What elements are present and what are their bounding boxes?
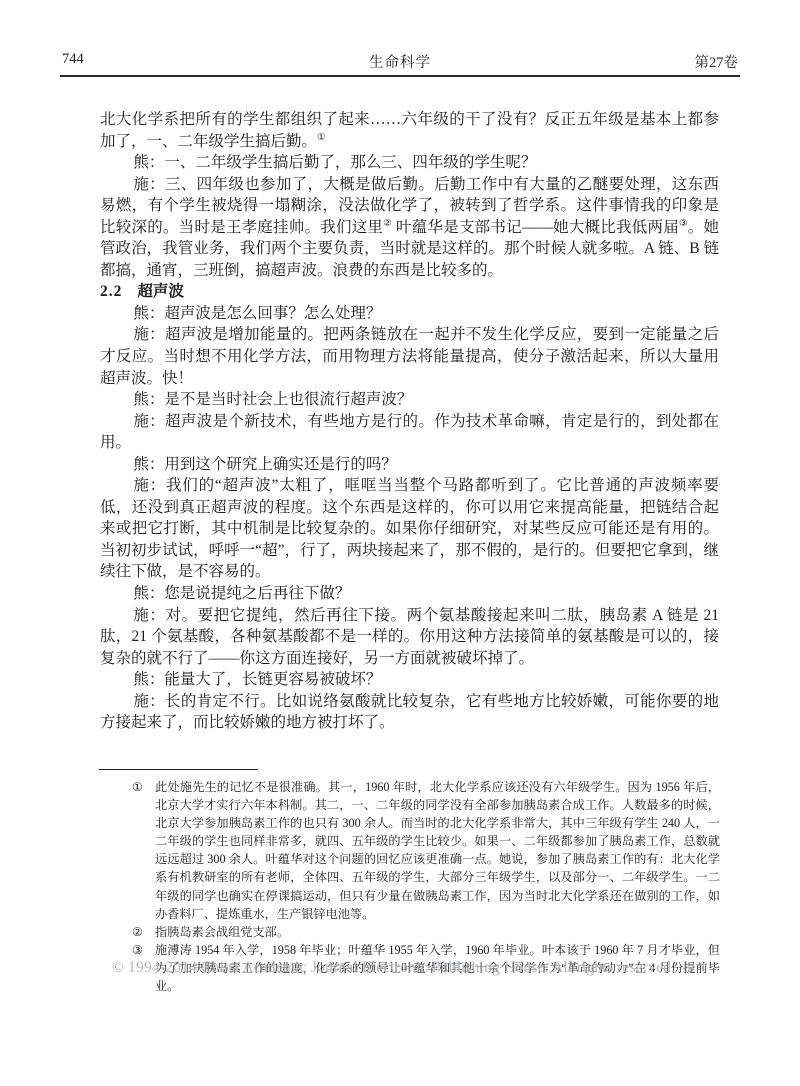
section-heading: 2.2超声波 — [100, 281, 719, 303]
footnote-ref: ③ — [679, 219, 688, 229]
dialog-paragraph: 熊：您是说提纯之后再往下做？ — [100, 583, 719, 605]
dialog-paragraph: 施：超声波是增加能量的。把两条链放在一起并不发生化学反应，要到一定能量之后才反应… — [100, 324, 719, 389]
header-rule — [60, 75, 740, 77]
body-paragraph: 北大化学系把所有的学生都组织了起来……六年级的干了没有？反正五年级是基本上都参加… — [100, 109, 719, 152]
copyright-watermark: © 1994-2014 China Academic Journal Elect… — [112, 959, 675, 977]
footnote-ref: ② — [383, 219, 392, 229]
dialog-paragraph: 施：对。要把它提纯，然后再往下接。两个氨基酸接起来叫二肽，胰岛素 A 链是 21… — [100, 605, 719, 670]
footnote-separator — [99, 769, 258, 770]
dialog-paragraph: 施：超声波是个新技术，有些地方是行的。作为技术革命嘛，肯定是行的，到处都在用。 — [100, 411, 719, 454]
dialog-paragraph: 熊：能量大了，长链更容易被破坏？ — [100, 669, 719, 691]
page-number: 744 — [62, 51, 84, 68]
footnote-text: 此处施先生的记忆不是很准确。其一，1960 年时，北大化学系应该还没有六年级学生… — [155, 780, 720, 921]
footnote-marker: ① — [132, 778, 143, 796]
footnote-ref: ① — [317, 133, 326, 143]
volume-number: 第27卷 — [695, 51, 739, 72]
section-title: 超声波 — [137, 283, 184, 300]
running-head: 744 生命科学 第27卷 — [62, 51, 738, 71]
section-number: 2.2 — [100, 283, 122, 300]
dialog-paragraph: 熊：一、二年级学生搞后勤了，那么三、四年级的学生呢？ — [100, 152, 719, 174]
dialog-paragraph: 熊：超声波是怎么回事？怎么处理？ — [100, 303, 719, 325]
dialog-paragraph: 施：我们的“超声波”太粗了，哐哐当当整个马路都听到了。它比普通的声波频率要低，还… — [100, 475, 719, 583]
footnote-item: ①此处施先生的记忆不是很准确。其一，1960 年时，北大化学系应该还没有六年级学… — [100, 778, 720, 923]
footnote-marker: ② — [132, 923, 143, 941]
dialog-paragraph: 施：长的肯定不行。比如说络氨酸就比较复杂，它有些地方比较娇嫩，可能你要的地方接起… — [100, 691, 719, 734]
dialog-paragraph: 熊：用到这个研究上确实还是行的吗？ — [100, 454, 719, 476]
article-body: 北大化学系把所有的学生都组织了起来……六年级的干了没有？反正五年级是基本上都参加… — [100, 109, 719, 734]
footnote-text: 指胰岛素会战组党支部。 — [155, 925, 289, 939]
footnote-marker: ③ — [132, 941, 143, 959]
copyright-watermark-fragment: ht — [683, 959, 695, 977]
journal-page: 744 生命科学 第27卷 北大化学系把所有的学生都组织了起来……六年级的干了没… — [0, 0, 800, 1086]
journal-title: 生命科学 — [369, 51, 431, 72]
dialog-paragraph: 熊：是不是当时社会上也很流行超声波？ — [100, 389, 719, 411]
footnote-item: ②指胰岛素会战组党支部。 — [100, 923, 720, 941]
dialog-paragraph: 施：三、四年级也参加了，大概是做后勤。后勤工作中有大量的乙醚要处理，这东西易燃，… — [100, 174, 719, 282]
